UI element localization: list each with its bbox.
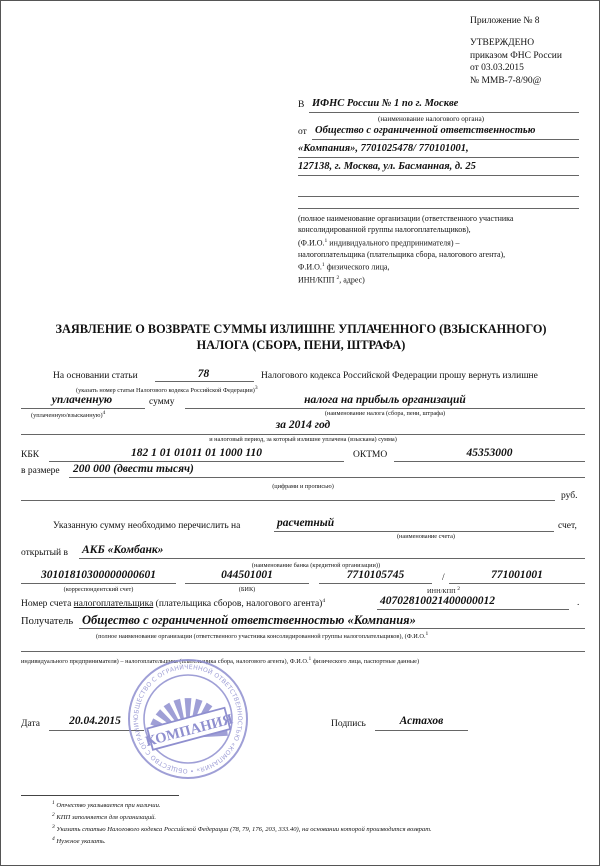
- caption-text: ИНН/КПП: [298, 275, 334, 284]
- article-caption: (указать номер статьи Налогового кодекса…: [76, 385, 258, 394]
- footnote-1: 1 Отчество указывается при наличии.: [52, 799, 432, 811]
- sum-label: сумму: [149, 397, 175, 407]
- date-label: Дата: [21, 719, 40, 729]
- bank-caption: (наименование банка (кредитной организац…: [191, 562, 441, 569]
- footnote-text: Указать статью Налогового кодекса Россий…: [56, 826, 431, 833]
- bik-line: [185, 583, 309, 584]
- bank-value[interactable]: АКБ «Комбанк»: [82, 544, 163, 556]
- footnote-text: КПП заполняется для организаций.: [56, 814, 156, 821]
- taxpayer-account-label: Номер счета налогоплательщика (плательщи…: [21, 598, 325, 609]
- inn-value[interactable]: 7710105745: [319, 569, 432, 581]
- from-line-2-rule: [298, 157, 579, 158]
- tax-period-line: [21, 434, 585, 435]
- from-line-2[interactable]: «Компания», 7701025478/ 770101001,: [298, 143, 469, 154]
- footnote-ref: 2: [457, 586, 460, 592]
- caption-line: Ф.И.О.1 физического лица,: [298, 260, 513, 273]
- company-stamp-icon: ОБЩЕСТВО С ОГРАНИЧЕННОЙ ОТВЕТСТВЕННОСТЬЮ…: [127, 658, 249, 780]
- from-line-1-rule: [312, 139, 579, 140]
- kbk-label: КБК: [21, 450, 39, 460]
- to-label: В: [298, 100, 304, 110]
- amount-caption: (цифрами и прописью): [21, 483, 585, 490]
- footnote-num: 3: [52, 824, 55, 830]
- recipient-value[interactable]: Общество с ограниченной ответственностью…: [82, 613, 416, 628]
- label-text: налогоплательщика: [74, 599, 154, 609]
- document-title-line-1: ЗАЯВЛЕНИЕ О ВОЗВРАТЕ СУММЫ ИЗЛИШНЕ УПЛАЧ…: [1, 322, 600, 337]
- tax-name-caption: (наименование налога (сбора, пени, штраф…: [185, 410, 585, 417]
- oktmo-line: [394, 461, 585, 462]
- taxpayer-account-dot: .: [577, 598, 579, 608]
- footnote-separator: [21, 795, 179, 796]
- corr-account-value[interactable]: 30101810300000000601: [21, 569, 176, 581]
- from-line-3-rule: [298, 175, 579, 176]
- tax-period-caption: и налоговый период, за который излишне у…: [21, 436, 585, 443]
- footnote-4: 4 Нужное указать.: [52, 835, 432, 847]
- signature-value[interactable]: Астахов: [375, 715, 468, 727]
- footnote-ref: 4: [103, 410, 106, 416]
- kbk-value[interactable]: 182 1 01 01011 01 1000 110: [49, 447, 344, 459]
- caption-line: (Ф.И.О.1 индивидуального предпринимателя…: [298, 236, 513, 249]
- caption-text: физического лица,: [325, 263, 390, 272]
- recipient-line-2: [21, 651, 585, 652]
- account-type-value[interactable]: расчетный: [277, 517, 334, 529]
- from-line-4-rule: [298, 196, 579, 197]
- tax-authority-value[interactable]: ИФНС России № 1 по г. Москве: [312, 98, 458, 109]
- order-line-3: № ММВ-7-8/90@: [470, 75, 562, 88]
- article-line: [155, 381, 254, 382]
- amount-line: [69, 477, 585, 478]
- from-line-5-rule: [298, 208, 579, 209]
- rub-label: руб.: [561, 491, 577, 501]
- amount-words-line: [21, 500, 555, 501]
- footnote-3: 3 Указать статью Налогового кодекса Росс…: [52, 823, 432, 835]
- oktmo-value[interactable]: 45353000: [394, 447, 585, 459]
- order-line-2: от 03.03.2015: [470, 62, 562, 75]
- caption-text: Ф.И.О.: [298, 263, 322, 272]
- caption-line: ИНН/КПП 2, адрес): [298, 273, 513, 286]
- tax-period-value[interactable]: за 2014 год: [21, 419, 585, 431]
- transfer-label: Указанную сумму необходимо перечислить н…: [53, 521, 240, 531]
- basis-tail: Налогового кодекса Российской Федерации …: [261, 371, 538, 381]
- paid-value[interactable]: уплаченную: [21, 394, 143, 406]
- order-line-1: приказом ФНС России: [470, 50, 562, 63]
- amount-label: в размере: [21, 466, 60, 476]
- corr-account-line: [21, 583, 176, 584]
- footnotes: 1 Отчество указывается при наличии. 2 КП…: [52, 799, 432, 847]
- tax-name-line: [185, 408, 585, 409]
- corr-account-caption: (корреспондентский счет): [21, 586, 176, 593]
- paid-caption: (уплаченную/взысканную)4: [31, 410, 105, 419]
- account-type-line: [274, 531, 554, 532]
- signature-label: Подпись: [331, 719, 366, 729]
- inn-kpp-caption: ИНН/КПП 2: [427, 586, 460, 595]
- caption-text: , адрес): [339, 275, 365, 284]
- document-page: Приложение № 8 УТВЕРЖДЕНО приказом ФНС Р…: [0, 0, 600, 866]
- opened-label: открытый в: [21, 548, 68, 558]
- kbk-line: [49, 461, 344, 462]
- footnote-num: 2: [52, 812, 55, 818]
- recipient-label: Получатель: [21, 616, 73, 627]
- approved-label: УТВЕРЖДЕНО: [470, 37, 562, 50]
- footnote-ref: 4: [322, 598, 325, 604]
- signature-line: [375, 730, 468, 731]
- inn-kpp-slash: /: [442, 573, 445, 583]
- recipient-line: [79, 628, 585, 629]
- footnote-text: Нужное указать.: [56, 838, 105, 845]
- account-type-caption: (наименование счета): [301, 533, 551, 540]
- footnote-ref: 1: [426, 631, 429, 637]
- amount-value[interactable]: 200 000 (двести тысяч): [73, 463, 194, 475]
- footnote-ref: 3: [255, 385, 258, 391]
- caption-text: (Ф.И.О.: [298, 238, 325, 247]
- caption-line: налогоплательщика (плательщика сбора, на…: [298, 249, 513, 260]
- from-line-3[interactable]: 127138, г. Москва, ул. Басманная, д. 25: [298, 161, 476, 172]
- tax-authority-line: [309, 112, 579, 113]
- bik-caption: (БИК): [185, 586, 309, 593]
- approval-block: УТВЕРЖДЕНО приказом ФНС России от 03.03.…: [470, 37, 562, 87]
- oktmo-label: ОКТМО: [353, 450, 387, 460]
- article-value[interactable]: 78: [156, 368, 251, 380]
- caption-text: (полное наименование организации (ответс…: [96, 633, 426, 640]
- paid-line: [21, 408, 145, 409]
- bik-value[interactable]: 044501001: [185, 569, 309, 581]
- from-line-1[interactable]: Общество с ограниченной ответственностью: [315, 125, 535, 136]
- appendix-label: Приложение № 8: [470, 16, 540, 26]
- kpp-value[interactable]: 771001001: [449, 569, 585, 581]
- account-suffix: счет,: [558, 521, 577, 531]
- kpp-line: [449, 583, 585, 584]
- tax-name-value[interactable]: налога на прибыль организаций: [186, 394, 584, 406]
- tax-authority-caption: (наименование налогового органа): [301, 115, 561, 123]
- bank-line: [79, 558, 585, 559]
- label-text: (плательщика сборов, налогового агента): [153, 599, 322, 609]
- taxpayer-account-line: [377, 609, 569, 610]
- inn-line: [319, 583, 432, 584]
- from-label: от: [298, 127, 307, 137]
- caption-text: индивидуального предпринимателя) –: [327, 238, 459, 247]
- recipient-caption-1: (полное наименование организации (ответс…: [96, 631, 428, 640]
- footnote-text: Отчество указывается при наличии.: [56, 802, 160, 809]
- footnote-2: 2 КПП заполняется для организаций.: [52, 811, 432, 823]
- addressee-caption: (полное наименование организации (ответс…: [298, 213, 513, 286]
- basis-label: На основании статьи: [53, 371, 138, 381]
- document-title-line-2: НАЛОГА (СБОРА, ПЕНИ, ШТРАФА): [1, 338, 600, 353]
- footnote-num: 4: [52, 836, 55, 842]
- footnote-num: 1: [52, 800, 55, 806]
- caption-line: (полное наименование организации (ответс…: [298, 213, 513, 224]
- label-text: Номер счета: [21, 599, 74, 609]
- caption-line: консолидированной группы налогоплательщи…: [298, 224, 513, 235]
- taxpayer-account-value[interactable]: 40702810021400000012: [380, 595, 495, 607]
- caption-text: физического лица, паспортные данные): [311, 658, 419, 665]
